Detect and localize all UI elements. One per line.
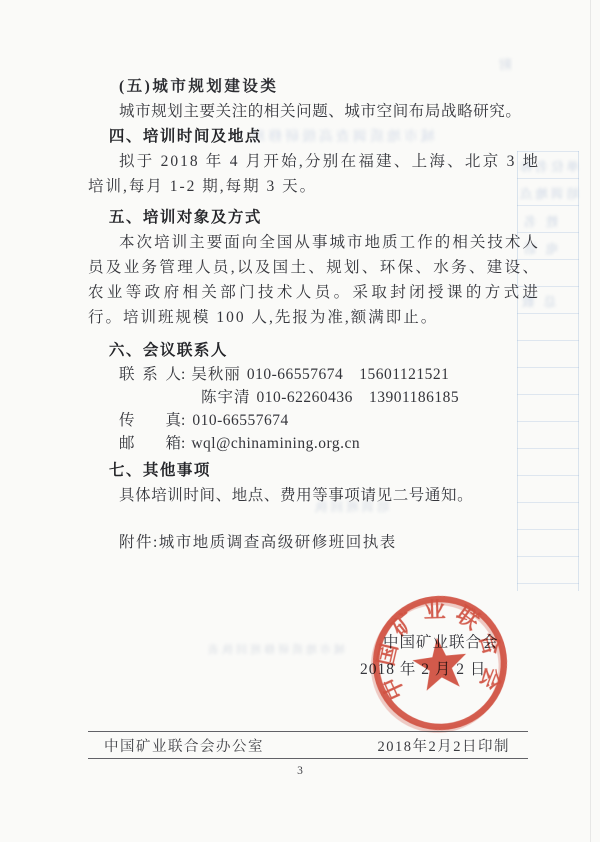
- footer-right: 2018年2月2日印制: [378, 735, 511, 756]
- document-page: 单位名称 培训地点 姓 名 电 话 总 数 城市地质调查高级研修班 培训班回执 …: [0, 0, 600, 842]
- section-heading-4: 四、培训时间及地点: [88, 124, 540, 149]
- contact-name: 陈宇清: [201, 389, 251, 406]
- bleedthrough-text: 城市地质研修班回执表: [205, 641, 345, 657]
- attachment-line: 附件:城市地质调查高级研修班回执表: [88, 530, 540, 555]
- paragraph: 本次培训主要面向全国从事城市地质工作的相关技术人员及业务管理人员,以及国土、规划…: [88, 230, 540, 330]
- colon: :: [181, 435, 186, 452]
- contact-phone: 010-66557674: [247, 366, 343, 383]
- contact-mobile: 13901186185: [369, 389, 459, 406]
- bleedthrough-text: 附: [496, 55, 512, 73]
- footer-left: 中国矿业联合会办公室: [104, 735, 264, 756]
- official-seal: 中国矿业联合会: [361, 584, 519, 742]
- star-icon: [410, 634, 470, 692]
- contact-line-2: 陈宇清010-6226043613901186185: [88, 386, 540, 409]
- section-heading-6: 六、会议联系人: [88, 338, 540, 363]
- page-number: 3: [0, 765, 600, 777]
- email-value: wql@chinamining.org.cn: [191, 435, 360, 452]
- email-label: 邮箱: [119, 432, 181, 455]
- fax-label: 传真: [119, 409, 181, 432]
- paragraph: 具体培训时间、地点、费用等事项请见二号通知。: [88, 483, 540, 508]
- paragraph: 城市规划主要关注的相关问题、城市空间布局战略研究。: [88, 99, 540, 124]
- contact-line-1: 联系人:吴秋丽010-6655767415601121521: [88, 363, 540, 386]
- document-body: (五)城市规划建设类 城市规划主要关注的相关问题、城市空间布局战略研究。 四、培…: [88, 74, 540, 555]
- colon: :: [181, 366, 186, 383]
- email-line: 邮箱:wql@chinamining.org.cn: [88, 432, 540, 455]
- paragraph: 拟于 2018 年 4 月开始,分别在福建、上海、北京 3 地培训,每月 1-2…: [88, 149, 540, 199]
- section-heading-7: 七、其他事项: [88, 458, 540, 483]
- fax-line: 传真:010-66557674: [88, 409, 540, 432]
- colon: :: [181, 412, 186, 429]
- contact-mobile: 15601121521: [359, 366, 449, 383]
- contact-label: 联系人: [119, 363, 181, 386]
- footer: 中国矿业联合会办公室 2018年2月2日印制: [88, 731, 528, 759]
- subsection-heading-5: (五)城市规划建设类: [88, 74, 540, 99]
- section-heading-5: 五、培训对象及方式: [88, 205, 540, 230]
- contact-phone: 010-62260436: [257, 389, 353, 406]
- fax-value: 010-66557674: [192, 412, 288, 429]
- scan-edge-line: [590, 0, 591, 842]
- contact-name: 吴秋丽: [191, 366, 241, 383]
